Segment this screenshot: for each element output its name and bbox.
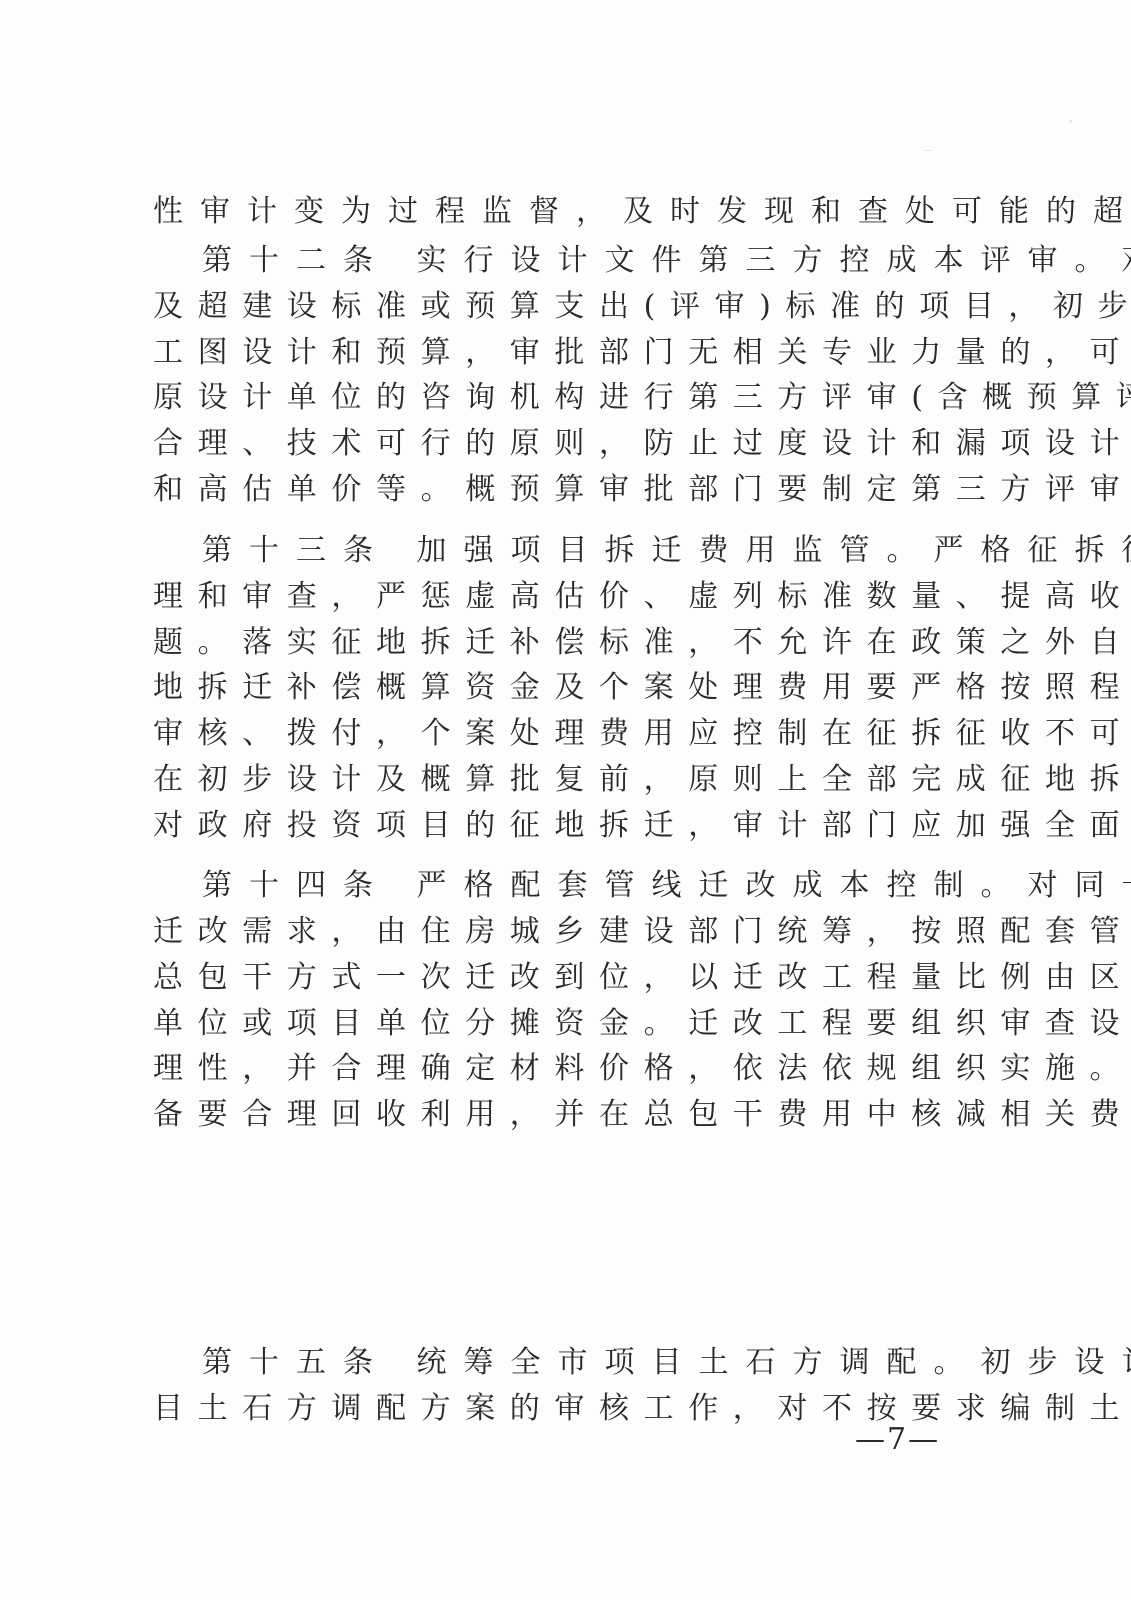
text-line: 合理、技术可行的原则，防止过度设计和漏项设计、防止高套定额	[153, 421, 973, 467]
scan-speck	[925, 150, 931, 151]
article-14-heading-line: 第十四条 严格配套管线迁改成本控制。对同一区域内规划的	[202, 863, 1022, 909]
text-line: 对政府投资项目的征地拆迁，审计部门应加强全面审计监督。	[153, 803, 973, 849]
text-line: 审核、拨付，个案处理费用应控制在征拆征收不可预见费额度内。	[153, 711, 973, 757]
article-12-heading-line: 第十二条 实行设计文件第三方控成本评审。对于重点项目以	[202, 238, 1022, 284]
text-line: 地拆迁补偿概算资金及个案处理费用要严格按照程序规定申报、	[153, 665, 973, 711]
article-13-heading-line: 第十三条 加强项目拆迁费用监管。严格征拆征收中的评估管	[202, 528, 1022, 574]
page-number: —7—	[855, 1420, 940, 1460]
document-page: 性审计变为过程监督，及时发现和查处可能的超概行为。 第十二条 实行设计文件第三方…	[0, 0, 1131, 1600]
text-line: 在初步设计及概算批复前，原则上全部完成征地拆迁并及时结算。	[153, 757, 973, 803]
text-line: 理性，并合理确定材料价格，依法依规组织实施。拆除的旧管线设	[153, 1046, 973, 1092]
text-line: 工图设计和预算，审批部门无相关专业力量的，可委托资质不低于	[153, 330, 973, 376]
text-line: 总包干方式一次迁改到位，以迁改工程量比例由区域内土地控规	[153, 955, 973, 1001]
text-line: 性审计变为过程监督，及时发现和查处可能的超概行为。	[153, 189, 973, 235]
text-line: 题。落实征地拆迁补偿标准，不允许在政策之外自定补偿办法。征	[153, 620, 973, 666]
text-line: 和高估单价等。概预算审批部门要制定第三方评审管理办法。	[153, 467, 973, 513]
text-line: 目土石方调配方案的审核工作，对不按要求编制土石方工程施工	[153, 1386, 973, 1432]
text-line: 原设计单位的咨询机构进行第三方评审(含概预算评审)，按经济	[153, 375, 973, 421]
scan-speck	[1070, 120, 1072, 122]
text-line: 备要合理回收利用，并在总包干费用中核减相关费用。	[153, 1092, 973, 1138]
text-line: 单位或项目单位分摊资金。迁改工程要组织审查设计和预算的合	[153, 1001, 973, 1047]
text-line: 迁改需求，由住房城乡建设部门统筹，按照配套管线布局规划通过	[153, 909, 973, 955]
text-line: 理和审查，严惩虚高估价、虚列标准数量、提高收益等违规评估问	[153, 574, 973, 620]
text-line: 及超建设标准或预算支出(评审)标准的项目，初步设计和概算、施	[153, 284, 973, 330]
article-15-heading-line: 第十五条 统筹全市项目土石方调配。初步设计阶段加强对项	[202, 1340, 1022, 1386]
